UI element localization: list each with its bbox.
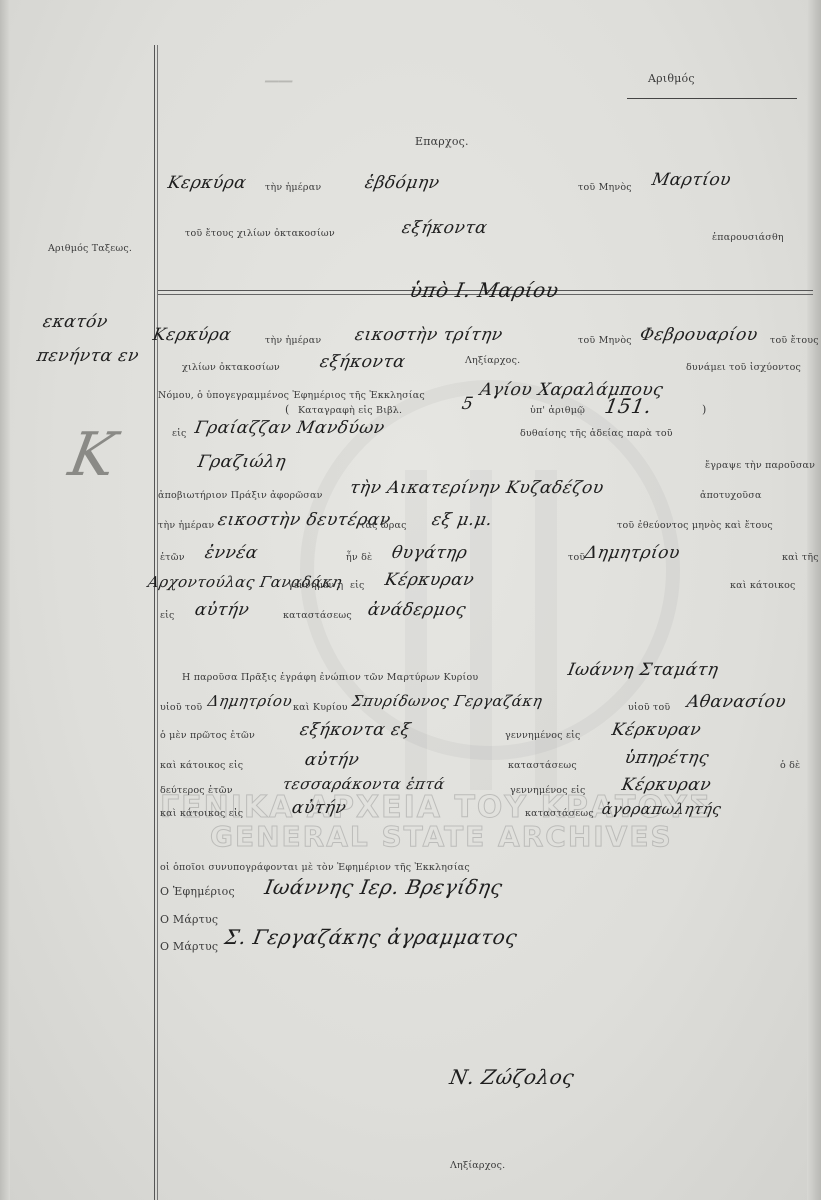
order-number-value: εκατόν πενήντα εν	[34, 305, 156, 373]
relation: θυγάτηρ	[390, 543, 469, 563]
printed-text: τὴν ἡμέραν	[158, 520, 214, 531]
header-month: Μαρτίου	[650, 170, 733, 190]
registration-label: Καταγραφὴ εἰς Βιβλ.	[298, 405, 402, 416]
printed-text: καταστάσεως	[525, 808, 594, 819]
priest-label: Ο Ἐφημέριος	[160, 885, 235, 898]
printed-text: ὁ δὲ	[780, 760, 800, 771]
printed-text: ἔγραψε τὴν παροῦσαν	[705, 460, 815, 471]
witness2-occupation: ἀγοραπωλητής	[600, 800, 723, 818]
bleed-through-text: ──	[263, 70, 295, 95]
witness1-father: Δημητρίου	[206, 692, 293, 710]
authorizer-name: Γραζιώλη	[196, 452, 288, 472]
registration-open: (	[285, 403, 290, 416]
printed-text: δυνάμει τοῦ ἰσχύοντος	[686, 362, 801, 373]
witness1-occupation: ὑπηρέτης	[623, 748, 710, 768]
witness1-birthplace: Κέρκυραν	[610, 720, 703, 740]
printed-text: ἐτῶν	[160, 552, 185, 563]
printed-text: καὶ κάτοικος εἰς	[160, 808, 243, 819]
printed-text: τοῦ Μηνὸς	[578, 182, 632, 193]
printed-text: τοῦ ἔτους χιλίων ὀκτακοσίων	[185, 228, 335, 239]
printed-text: καταστάσεως	[283, 610, 352, 621]
printed-text: εἰς	[160, 610, 175, 621]
watermark-emblem-bar	[535, 470, 557, 790]
printed-text: ἀποβιωτήριον Πράξιν ἀφορῶσαν	[158, 490, 323, 501]
printed-text: καὶ κάτοικος εἰς	[160, 760, 243, 771]
printed-text: υἱοῦ τοῦ	[628, 702, 670, 713]
printed-text: γεννημένος εἰς	[510, 785, 586, 796]
registrar-signature: Ν. Ζώζολος	[448, 1065, 576, 1089]
page-edge-right	[807, 0, 821, 1200]
printed-text: καταστάσεως	[508, 760, 577, 771]
printed-text: υἱοῦ τοῦ	[160, 702, 202, 713]
printed-text: εἰς	[172, 428, 187, 439]
registration-close: )	[702, 403, 707, 416]
printed-text: χιλίων ὀκτακοσίων	[182, 362, 280, 373]
father-name: Δημητρίου	[583, 543, 681, 563]
printed-text: γεννημένος εἰς	[505, 730, 581, 741]
printed-text: Η παροῦσα Πρᾶξις ἐγράφη ἐνώπιον τῶν Μαρτ…	[182, 672, 478, 683]
witness-label: Ο Μάρτυς	[160, 913, 218, 926]
residence: αὐτήν	[193, 600, 251, 620]
deceased-name: τὴν Αικατερίνην Κυζαδέζου	[348, 478, 605, 498]
header-day: ἑβδόμην	[363, 173, 441, 193]
header-presenter: ὑπὸ Ι. Μαρίου	[408, 278, 561, 302]
church-name: Αγίου Χαραλάμπους	[478, 380, 665, 400]
witness2-father: Αθανασίου	[685, 692, 788, 712]
printed-text: δεύτερος ἐτῶν	[160, 785, 233, 796]
printed-text: καὶ Κυρίου	[293, 702, 348, 713]
printed-text: τοῦ ἐθεύοντος μηνὸς καὶ ἔτους	[617, 520, 773, 531]
number-label: Αριθμός	[648, 72, 695, 85]
printed-text: ἦν δὲ	[346, 552, 372, 563]
watermark-english: GENERAL STATE ARCHIVES	[210, 820, 673, 853]
margin-mark: K	[64, 420, 122, 490]
location: Γραίαζζαν Μανδύων	[193, 418, 386, 438]
registrar-label: Ληξίαρχος.	[465, 355, 520, 366]
watermark-emblem-bar	[405, 470, 427, 790]
witness1-name: Ιωάννη Σταμάτη	[566, 660, 720, 680]
printed-text: τοῦ Μηνὸς	[578, 335, 632, 346]
registrar-label: Ληξίαρχος.	[450, 1160, 505, 1171]
body-place: Κερκύρα	[151, 325, 233, 345]
closing-text: οἱ ὁποῖοι συνυπογράφονται μὲ τὸν Ἐφημέρι…	[160, 862, 470, 873]
prefect-label: Επαρχος.	[415, 135, 469, 148]
printed-text: ὁ μὲν πρῶτος ἐτῶν	[160, 730, 255, 741]
death-record-month: Φεβρουαρίου	[638, 325, 759, 345]
printed-text: καὶ τῆς	[782, 552, 819, 563]
marital-status: ἀνάδερμος	[366, 600, 467, 620]
printed-text: τὴν ἡμέραν	[265, 335, 321, 346]
printed-text: ἀποτυχοῦσα	[700, 490, 762, 501]
priest-signature: Ιωάννης Ιερ. Βρεγίδης	[263, 875, 505, 899]
number-underline	[627, 98, 797, 99]
registration-number-label: ὑπ' ἀριθμῷ	[530, 405, 585, 416]
header-year: εξήκοντα	[400, 218, 489, 238]
printed-text: γεννημέν η	[288, 580, 343, 591]
printed-text: ἐπαρουσιάσθη	[712, 232, 784, 243]
printed-text: εἰς	[350, 580, 365, 591]
witness-signature: Σ. Γεργαζάκης ἀγραμματος	[223, 925, 519, 949]
printed-text: τὴν ἡμέραν	[265, 182, 321, 193]
document-page: ΓΕΝΙΚΑ ΑΡΧΕΙΑ ΤΟΥ ΚΡΑΤΟΥΣ GENERAL STATE …	[0, 0, 821, 1200]
order-number-label: Αριθμός Ταξεως.	[48, 243, 132, 254]
page-edge-left	[0, 0, 10, 1200]
witness2-residence: αὐτήν	[290, 798, 348, 818]
witness2-name: Σπυρίδωνος Γεργαζάκη	[350, 692, 544, 710]
printed-text: τὰς ὥρας	[360, 520, 407, 531]
death-hour: εξ μ.μ.	[430, 510, 494, 530]
printed-text: τοῦ ἔτους	[770, 335, 819, 346]
printed-text: δυθαίσης τῆς ἀδείας παρὰ τοῦ	[520, 428, 673, 439]
deceased-age: ἐννέα	[203, 543, 259, 563]
death-record-day: εικοστὴν τρίτην	[353, 325, 504, 345]
header-place: Κερκύρα	[166, 173, 248, 193]
printed-text: καὶ κάτοικος	[730, 580, 796, 591]
witness2-birthplace: Κέρκυραν	[620, 775, 713, 795]
birthplace: Κέρκυραν	[383, 570, 476, 590]
witness-label: Ο Μάρτυς	[160, 940, 218, 953]
witness2-age: τεσσαράκοντα ἑπτά	[281, 775, 446, 793]
death-record-year: εξήκοντα	[318, 352, 407, 372]
printed-text: Νόμου, ὁ ὑπογεγραμμένος Ἐφημέριος τῆς Ἐκ…	[158, 390, 425, 401]
witness1-age: εξήκοντα εξ	[298, 720, 412, 740]
witness1-residence: αὐτήν	[303, 750, 361, 770]
margin-rule	[154, 45, 158, 1200]
